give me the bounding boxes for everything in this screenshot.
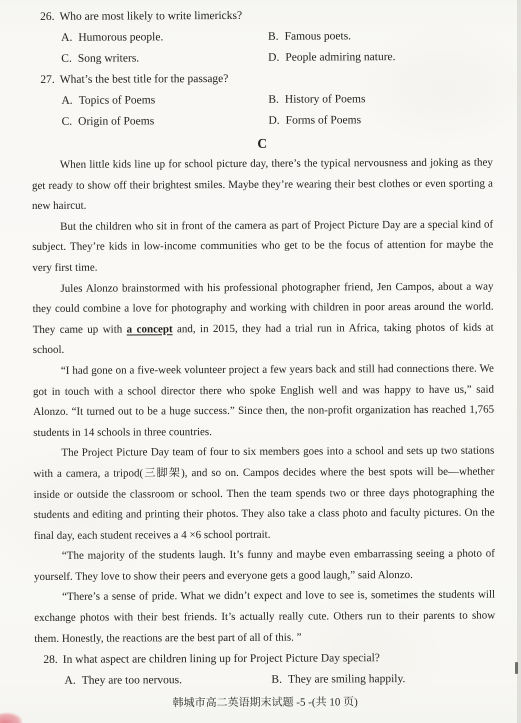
- option-label: C.: [62, 116, 73, 128]
- option-text: Humorous people.: [78, 31, 163, 43]
- question-number: 27.: [40, 74, 54, 86]
- option-28-a: A.They are too nervous.: [64, 670, 271, 692]
- option-label: A.: [61, 32, 72, 44]
- reading-passage: When little kids line up for school pict…: [32, 153, 496, 650]
- option-label: B.: [268, 31, 279, 43]
- paragraph: “I had gone on a five-week volunteer pro…: [33, 359, 494, 444]
- option-26-c: C.Song writers.: [61, 48, 268, 70]
- page-content: 26.Who are most likely to write limerick…: [31, 5, 496, 713]
- option-27-d: D.Forms of Poems: [268, 110, 492, 132]
- question-27: 27.What’s the best title for the passage…: [31, 68, 492, 133]
- paragraph: The Project Picture Day team of four to …: [33, 441, 495, 546]
- option-27-a: A.Topics of Poems: [61, 90, 268, 112]
- option-label: D.: [268, 52, 279, 64]
- option-text: They are too nervous.: [82, 674, 182, 687]
- question-26-options: A.Humorous people. B.Famous poets. C.Son…: [31, 26, 492, 70]
- question-text: Who are most likely to write limericks?: [59, 10, 242, 23]
- question-text: What’s the best title for the passage?: [60, 73, 229, 86]
- question-line: 26.Who are most likely to write limerick…: [31, 5, 492, 28]
- option-text: Origin of Poems: [78, 115, 154, 127]
- option-text: Song writers.: [78, 52, 139, 64]
- paragraph: But the children who sit in front of the…: [32, 214, 493, 278]
- option-26-b: B.Famous poets.: [268, 26, 492, 48]
- option-text: Famous poets.: [285, 30, 352, 42]
- paragraph: “The majority of the students laugh. It’…: [34, 544, 495, 588]
- option-text: Forms of Poems: [286, 114, 361, 126]
- scan-mark: [515, 662, 518, 674]
- option-26-d: D.People admiring nature.: [268, 47, 492, 69]
- option-text: Topics of Poems: [79, 94, 156, 106]
- option-26-a: A.Humorous people.: [61, 27, 268, 49]
- option-text: People admiring nature.: [285, 51, 395, 64]
- option-28-b: B.They are smiling happily.: [271, 669, 495, 691]
- page-footer-text: 韩城市高二英语期末试题 -5 -(共 10 页): [173, 697, 358, 710]
- question-line: 28.In what aspect are children lining up…: [34, 648, 495, 671]
- question-28-options: A.They are too nervous. B.They are smili…: [34, 669, 495, 692]
- ink-smudge: [0, 710, 23, 723]
- option-text: They are smiling happily.: [288, 673, 405, 686]
- page-footer: 韩城市高二英语期末试题 -5 -(共 10 页): [35, 695, 496, 712]
- scan-edge: [517, 0, 521, 723]
- option-27-b: B.History of Poems: [268, 89, 492, 111]
- option-label: A.: [64, 675, 75, 687]
- paragraph: Jules Alonzo brainstormed with his profe…: [32, 276, 493, 361]
- option-label: B.: [268, 94, 279, 106]
- option-label: A.: [61, 95, 72, 107]
- question-28: 28.In what aspect are children lining up…: [34, 648, 495, 692]
- paragraph: “There’s a sense of pride. What we didn’…: [34, 585, 495, 649]
- question-26: 26.Who are most likely to write limerick…: [31, 5, 492, 70]
- option-label: C.: [61, 53, 72, 65]
- option-27-c: C.Origin of Poems: [62, 111, 269, 133]
- exam-page: 26.Who are most likely to write limerick…: [0, 0, 521, 723]
- question-number: 26.: [40, 11, 54, 23]
- section-heading: C: [32, 133, 493, 154]
- option-label: B.: [271, 674, 282, 686]
- question-number: 28.: [43, 654, 57, 666]
- question-text: In what aspect are children lining up fo…: [63, 652, 380, 666]
- option-label: D.: [268, 115, 279, 127]
- option-text: History of Poems: [285, 93, 366, 105]
- underlined-phrase: a concept: [127, 323, 173, 335]
- question-27-options: A.Topics of Poems B.History of Poems C.O…: [31, 89, 492, 133]
- paragraph: When little kids line up for school pict…: [32, 153, 493, 217]
- question-line: 27.What’s the best title for the passage…: [31, 68, 492, 91]
